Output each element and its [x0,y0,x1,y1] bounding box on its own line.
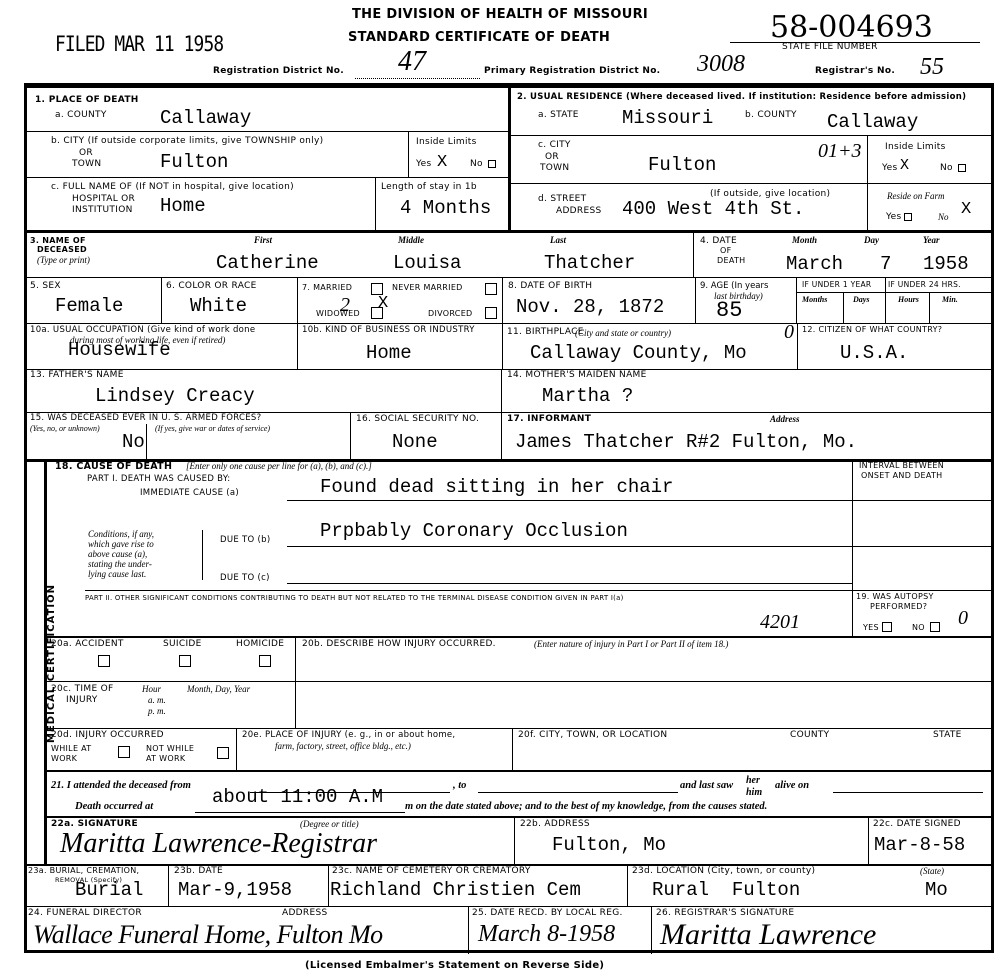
widowed-mark: X [378,295,388,312]
state-file-number-label: STATE FILE NUMBER [782,43,878,53]
suicide-checkbox[interactable] [179,655,191,667]
autopsy-annotation: 0 [958,608,968,628]
under-24-hrs-label: IF UNDER 24 HRS. [888,281,961,289]
first-label: First [254,236,272,246]
residence-state: Missouri [622,109,713,128]
place-of-death-label: 1. PLACE OF DEATH [35,96,139,106]
her-label: her [746,775,760,786]
while-at-work-label-2: WORK [51,755,77,764]
death-occurred-label: Death occurred at [75,801,153,813]
primary-registration-district-value: 3008 [697,52,745,76]
inside-limits-yes-checkbox[interactable]: X [437,154,447,171]
min-label: Min. [942,296,958,305]
mother-label: 14. MOTHER'S MAIDEN NAME [507,371,647,381]
county-label: a. COUNTY [55,111,107,121]
injury-how-hint: (Enter nature of injury in Part I or Par… [534,640,728,650]
injury-how-label: 20b. DESCRIBE HOW INJURY OCCURRED. [302,640,496,650]
burial-location-label: 23d. LOCATION (City, town, or county) [632,867,815,877]
last-label: Last [550,236,566,246]
time-injury-label: 20c. TIME OF [51,685,113,695]
funeral-address-label: ADDRESS [282,909,327,919]
cause-b: Prpbably Coronary Occlusion [320,522,628,541]
last-saw-label: and last saw [680,780,733,792]
burial-state-label: (State) [920,867,944,877]
divorced-checkbox[interactable] [485,307,497,319]
address-label: 22b. ADDRESS [520,820,590,830]
accident-label: 20a. ACCIDENT [51,640,124,650]
funeral-director-label: 24. FUNERAL DIRECTOR [28,909,142,919]
middle-label: Middle [398,236,424,246]
middle-name: Louisa [393,254,461,273]
him-label: him [746,787,762,798]
birth-value: Nov. 28, 1872 [516,298,664,317]
autopsy-no-label: NO [912,624,925,633]
date-signed-label: 22c. DATE SIGNED [873,820,961,830]
injury-occurred-label: 20d. INJURY OCCURRED [51,731,164,741]
sex-label: 5. SEX [30,282,61,292]
immediate-cause-label: IMMEDIATE CAUSE (a) [140,489,239,498]
accident-checkbox[interactable] [98,655,110,667]
state-injury-label: STATE [933,731,962,741]
street-label: d. STREET [538,195,586,205]
date-of-death-label-2: OF [720,247,732,256]
death-day: 7 [880,255,891,274]
autopsy-label: 19. WAS AUTOPSY [856,593,934,602]
informant-address-label: Address [770,415,800,425]
birth-label: 8. DATE OF BIRTH [508,282,592,292]
city-or-label: OR [79,149,93,159]
occupation-label: 10a. USUAL OCCUPATION (Give kind of work… [30,326,255,335]
attended-to-label: , to [453,780,466,792]
farm-yes-label: Yes [886,213,901,223]
city-label: b. CITY (If outside corporate limits, gi… [51,137,323,147]
ssn-label: 16. SOCIAL SECURITY NO. [356,415,479,425]
primary-registration-district-label: Primary Registration District No. [484,67,660,77]
street-address: 400 West 4th St. [622,200,804,219]
cause-of-death-label: 18. CAUSE OF DEATH [55,462,172,472]
city-injury-label: 20f. CITY, TOWN, OR LOCATION [518,731,667,741]
title-line-1: THE DIVISION OF HEALTH OF MISSOURI [352,7,648,22]
ssn-value: None [392,433,438,452]
footer-note: (Licensed Embalmer's Statement on Revers… [305,960,604,971]
armed-forces-hint-1: (Yes, no, or unknown) [30,425,100,434]
inside-limits-yes-label: Yes [416,160,431,170]
not-while-label-2: AT WORK [146,755,185,764]
never-married-checkbox[interactable] [485,283,497,295]
birthplace-hint: (City and state or country) [575,329,671,339]
hospital-label-3: INSTITUTION [72,206,133,216]
not-while-checkbox[interactable] [217,747,229,759]
residence-county: Callaway [827,113,918,132]
residence-inside-limits-yes-label: Yes [882,164,897,174]
residence-county-label: b. COUNTY [745,111,797,121]
city-town-label: TOWN [72,160,101,170]
place-injury-label: 20e. PLACE OF INJURY (e. g., in or about… [242,731,455,740]
last-name: Thatcher [544,254,635,273]
registrars-no-value: 55 [920,55,944,79]
residence-city-label: c. CITY [538,141,571,151]
citizen-value: U.S.A. [840,344,908,363]
days-label: Days [853,296,869,305]
interval-label: INTERVAL BETWEEN [859,462,944,471]
father-label: 13. FATHER'S NAME [30,371,124,381]
street-label-2: ADDRESS [556,207,601,217]
marital-never-label: NEVER MARRIED [392,284,463,293]
conditions-brace [198,530,203,580]
farm-yes-checkbox[interactable] [904,213,912,221]
autopsy-label-2: PERFORMED? [870,603,927,612]
age-label: 9. AGE (In years [700,282,768,291]
death-year: 1958 [923,255,969,274]
while-at-work-label: WHILE AT [51,745,91,754]
funeral-director-signature: Wallace Funeral Home, Fulton Mo [33,922,383,948]
time-hour-label: Hour [142,685,161,695]
informant-label: 17. INFORMANT [507,415,591,425]
name-label-3: (Type or print) [37,256,90,266]
race-value: White [190,297,247,316]
date-signed-value: Mar-8-58 [874,836,965,855]
marital-divorced-label: DIVORCED [428,310,473,319]
time-am-label: a. m. [148,696,166,706]
length-of-stay-label: Length of stay in 1b [381,183,477,193]
autopsy-yes-checkbox[interactable] [882,622,892,632]
hospital-value: Home [160,197,206,216]
date-recd-value: March 8-1958 [478,922,615,946]
hours-label: Hours [898,296,919,305]
burial-location-value: Rural Fulton [652,881,800,900]
occupation-value: Housewife [68,341,171,360]
inside-limits-no-label: No [470,160,483,170]
date-of-death-label-3: DEATH [717,257,745,266]
time-injury-label-2: INJURY [66,696,98,706]
citizen-label: 12. CITIZEN OF WHAT COUNTRY? [802,326,942,335]
under-1-year-label: IF UNDER 1 YEAR [802,281,871,289]
cause-of-death-hint: [Enter only one cause per line for (a), … [186,462,372,472]
filed-stamp: FILED MAR 11 1958 [55,32,223,56]
age-value: 85 [716,300,742,322]
reside-on-farm-label: Reside on Farm [887,192,945,202]
year-label: Year [923,236,940,246]
residence-city: Fulton [648,156,716,175]
armed-forces-value: No [122,433,145,452]
cause-a: Found dead sitting in her chair [320,478,673,497]
father-name: Lindsey Creacy [95,387,255,406]
homicide-label: HOMICIDE [236,640,284,650]
hospital-label-2: HOSPITAL OR [72,195,135,205]
first-name: Catherine [216,254,319,273]
suicide-label: SUICIDE [163,640,202,650]
death-time-value: about 11:00 A.M [212,788,383,807]
day-label: Day [864,236,879,246]
burial-date-label: 23b. DATE [174,867,223,877]
part-2-code: 4201 [760,612,800,632]
marital-married-label: 7. MARRIED [302,284,352,293]
residence-city-or-label: OR [545,153,559,163]
burial-type-value: Burial [75,881,143,900]
due-to-b-label: DUE TO (b) [220,536,270,545]
inside-limits-label: Inside Limits [416,138,477,148]
registrars-no-label: Registrar's No. [815,67,895,77]
marital-annotation: 2 [340,295,350,315]
medical-certification-side-label: MEDICAL CERTIFICATION [46,584,57,743]
certifier-address: Fulton, Mo [552,836,666,855]
due-to-c-label: DUE TO (c) [220,574,270,583]
inside-limits-no-checkbox[interactable] [488,160,496,168]
residence-city-annotation: 01+3 [818,141,862,161]
certifier-signature: Maritta Lawrence-Registrar [60,830,377,858]
burial-type-label: 23a. BURIAL, CREMATION, [28,867,139,876]
alive-on-label: alive on [775,780,809,792]
registrar-signature: Maritta Lawrence [660,920,876,950]
not-while-label: NOT WHILE [146,745,194,754]
attended-label: 21. I attended the deceased from [51,780,191,792]
date-recd-label: 25. DATE RECD. BY LOCAL REG. [472,909,623,919]
birthplace-value: Callaway County, Mo [530,344,747,363]
part-2-label: PART II. OTHER SIGNIFICANT CONDITIONS CO… [85,595,624,602]
residence-state-label: a. STATE [538,111,579,121]
month-label: Month [792,236,817,246]
while-at-work-checkbox[interactable] [118,746,130,758]
usual-residence-label: 2. USUAL RESIDENCE (Where deceased lived… [517,93,987,102]
part-1-label: PART I. DEATH WAS CAUSED BY: [87,475,230,484]
burial-date-value: Mar-9,1958 [178,881,292,900]
homicide-checkbox[interactable] [259,655,271,667]
birthplace-label: 11. BIRTHPLACE [507,328,584,338]
business-label: 10b. KIND OF BUSINESS OR INDUSTRY [302,326,475,335]
registration-district-label: Registration District No. [213,67,344,77]
registration-district-value: 47 [398,48,426,76]
residence-inside-limits-label: Inside Limits [885,143,946,153]
length-of-stay-value: 4 Months [400,199,491,218]
business-value: Home [366,344,412,363]
farm-no-checkbox[interactable]: X [961,201,971,218]
residence-inside-limits-yes-checkbox[interactable]: X [900,158,909,173]
place-injury-label-2: farm, factory, street, office bldg., etc… [275,742,411,752]
death-occurred-suffix: m on the date stated above; and to the b… [405,801,767,813]
county-injury-label: COUNTY [790,731,829,741]
hospital-label: c. FULL NAME OF (If NOT in hospital, giv… [51,183,294,193]
time-mdy-label: Month, Day, Year [187,685,250,695]
marital-widowed-label: WIDOWED [316,310,360,319]
burial-state-value: Mo [925,881,948,900]
death-month: March [786,255,843,274]
autopsy-no-checkbox[interactable] [930,622,940,632]
sex-value: Female [55,297,123,316]
autopsy-yes-label: YES [863,624,879,633]
cemetery-value: Richland Christien Cem [330,881,581,900]
title-line-2: STANDARD CERTIFICATE OF DEATH [348,30,610,45]
cemetery-label: 23c. NAME OF CEMETERY OR CREMATORY [332,867,531,877]
months-label: Months [802,296,827,305]
residence-inside-limits-no-checkbox[interactable] [958,164,966,172]
interval-label-2: ONSET AND DEATH [861,472,942,481]
residence-inside-limits-no-label: No [940,164,953,174]
birthplace-annotation: 0 [784,322,794,342]
state-file-number: 58-004693 [770,10,933,45]
informant-value: James Thatcher R#2 Fulton, Mo. [515,433,857,452]
farm-no-label: No [938,213,949,223]
armed-forces-hint-2: (If yes, give war or dates of service) [155,425,270,434]
death-county: Callaway [160,109,251,128]
race-label: 6. COLOR OR RACE [166,282,257,292]
residence-city-town-label: TOWN [540,164,569,174]
mother-name: Martha ? [542,387,633,406]
conditions-text-4: lying cause last. [88,570,146,580]
death-city: Fulton [160,153,228,172]
name-label-2: DECEASED [37,246,87,255]
armed-forces-label: 15. WAS DECEASED EVER IN U. S. ARMED FOR… [30,414,261,423]
time-pm-label: p. m. [148,707,166,717]
